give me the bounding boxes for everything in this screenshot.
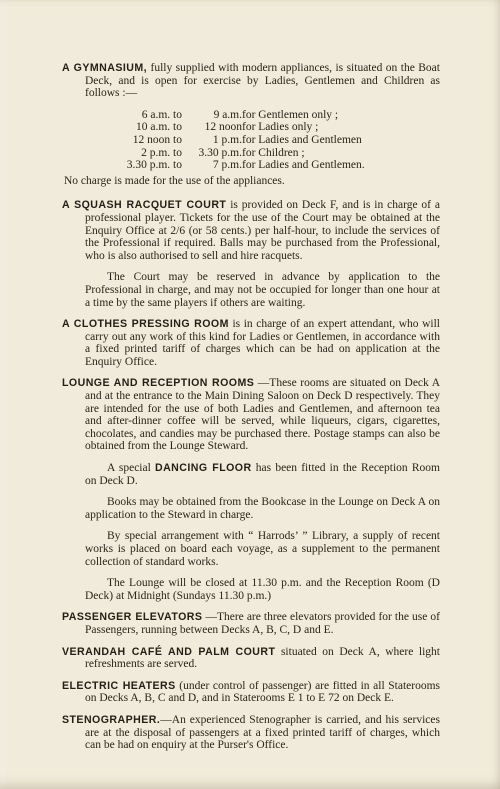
section-verandah-cafe: VERANDAH CAFÉ AND PALM COURT situated on… (62, 646, 440, 671)
schedule-use: for Ladies and Gentlemen (242, 134, 365, 147)
schedule-start: 3.30 p.m. to (104, 159, 182, 172)
schedule-start: 12 noon to (104, 134, 182, 147)
section-elevators: PASSENGER ELEVATORS —There are three ele… (62, 611, 440, 636)
squash-heading: A SQUASH RACQUET COURT (62, 199, 226, 211)
gymnasium-heading: A GYMNASIUM, (62, 62, 147, 74)
schedule-end: 1 p.m. (182, 134, 242, 147)
schedule-use: for Children ; (242, 147, 365, 160)
squash-reservation-paragraph: The Court may be reserved in advance by … (85, 271, 440, 309)
section-electric-heaters: ELECTRIC HEATERS (under control of passe… (62, 680, 440, 705)
pressing-room-heading: A CLOTHES PRESSING ROOM (62, 318, 229, 330)
schedule-row: 2 p.m. to 3.30 p.m. for Children ; (104, 147, 365, 160)
schedule-row: 10 a.m. to 12 noon for Ladies only ; (104, 121, 365, 134)
schedule-use: for Ladies and Gentlemen. (242, 159, 365, 172)
section-stenographer: STENOGRAPHER.—An experienced Stenographe… (62, 714, 440, 752)
schedule-end: 12 noon (182, 121, 242, 134)
schedule-start: 6 a.m. to (104, 109, 182, 122)
schedule-start: 10 a.m. to (104, 121, 182, 134)
gymnasium-note: No charge is made for the use of the app… (64, 175, 440, 188)
elevators-heading: PASSENGER ELEVATORS (62, 611, 202, 623)
dancing-floor-heading: DANCING FLOOR (155, 462, 252, 474)
page-content: A GYMNASIUM, fully supplied with modern … (62, 62, 440, 761)
gymnasium-schedule: 6 a.m. to 9 a.m. for Gentlemen only ; 10… (104, 109, 365, 172)
schedule-end: 3.30 p.m. (182, 147, 242, 160)
schedule-row: 6 a.m. to 9 a.m. for Gentlemen only ; (104, 109, 365, 122)
section-lounge: LOUNGE AND RECEPTION ROOMS —These rooms … (62, 377, 440, 453)
lounge-closing-paragraph: The Lounge will be closed at 11.30 p.m. … (85, 577, 440, 602)
section-pressing-room: A CLOTHES PRESSING ROOM is in charge of … (62, 318, 440, 368)
lounge-heading: LOUNGE AND RECEPTION ROOMS (62, 377, 254, 389)
schedule-use: for Ladies only ; (242, 121, 365, 134)
section-gymnasium: A GYMNASIUM, fully supplied with modern … (62, 62, 440, 100)
schedule-use: for Gentlemen only ; (242, 109, 365, 122)
schedule-end: 9 a.m. (182, 109, 242, 122)
electric-heaters-heading: ELECTRIC HEATERS (62, 680, 176, 692)
verandah-cafe-heading: VERANDAH CAFÉ AND PALM COURT (62, 646, 275, 658)
schedule-end: 7 p.m. (182, 159, 242, 172)
schedule-row: 12 noon to 1 p.m. for Ladies and Gentlem… (104, 134, 365, 147)
stenographer-heading: STENOGRAPHER. (62, 714, 160, 726)
dancing-floor-paragraph: A special DANCING FLOOR has been fitted … (85, 462, 440, 487)
dancing-floor-lead: A special (107, 462, 155, 474)
schedule-row: 3.30 p.m. to 7 p.m. for Ladies and Gentl… (104, 159, 365, 172)
section-squash-court: A SQUASH RACQUET COURT is provided on De… (62, 199, 440, 262)
schedule-start: 2 p.m. to (104, 147, 182, 160)
document-page: A GYMNASIUM, fully supplied with modern … (0, 0, 500, 789)
books-paragraph: Books may be obtained from the Bookcase … (85, 496, 440, 521)
harrods-library-paragraph: By special arrangement with “ Harrods’ ”… (85, 530, 440, 568)
